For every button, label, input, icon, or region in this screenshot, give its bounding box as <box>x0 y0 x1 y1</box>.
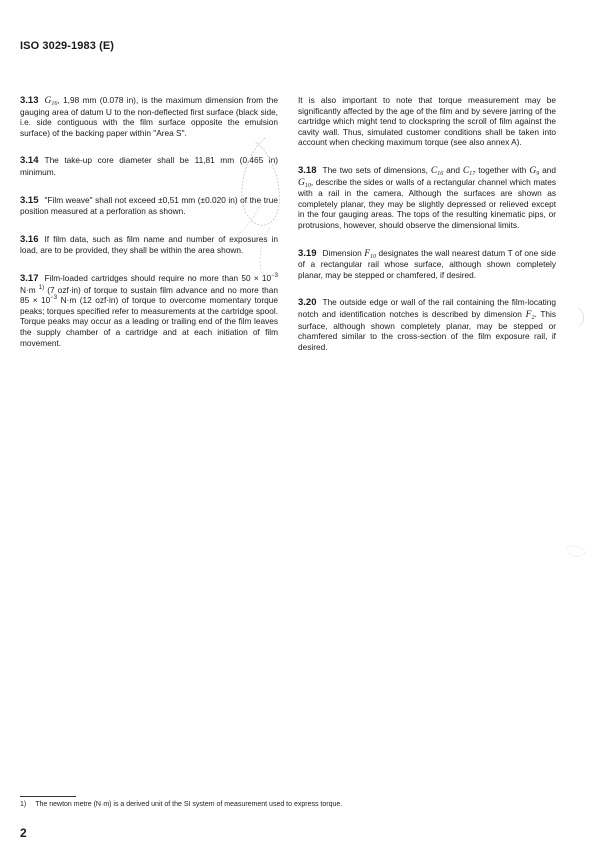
clause-number: 3.20 <box>298 297 317 308</box>
clause-number: 3.18 <box>298 165 317 176</box>
left-column: 3.13G16, 1,98 mm (0.078 in), is the maxi… <box>20 95 278 365</box>
clause-number: 3.15 <box>20 195 39 206</box>
clause-text: Film-loaded cartridges should require no… <box>45 273 272 283</box>
dimension-symbol: G10 <box>298 178 311 188</box>
clause-text: , 1,98 mm (0.078 in), is the maximum dim… <box>20 95 278 138</box>
dimension-symbol: F10 <box>364 249 376 259</box>
superscript: −3 <box>271 273 278 279</box>
clause-text: "Film weave" shall not exceed ±0,51 mm (… <box>20 195 278 217</box>
footnote-marker: 1) <box>20 801 26 808</box>
clause-3-18: 3.18The two sets of dimensions, C16 and … <box>298 165 556 231</box>
clause-text: The outside edge or wall of the rail con… <box>298 297 556 319</box>
clause-3-13: 3.13G16, 1,98 mm (0.078 in), is the maxi… <box>20 95 278 138</box>
clause-3-16: 3.16If film data, such as film name and … <box>20 234 278 256</box>
clause-3-17: 3.17Film-loaded cartridges should requir… <box>20 273 278 348</box>
clause-number: 3.14 <box>20 155 39 166</box>
clause-continuation: It is also important to note that torque… <box>298 95 556 148</box>
clause-text: The two sets of dimensions, <box>323 165 431 175</box>
clause-3-14: 3.14The take-up core diameter shall be 1… <box>20 155 278 177</box>
clause-3-19: 3.19Dimension F10 designates the wall ne… <box>298 248 556 281</box>
dimension-symbol: C16 <box>431 166 443 176</box>
clause-text: and <box>539 165 556 175</box>
clause-text: together with <box>475 165 529 175</box>
clause-text: N·m <box>20 285 39 295</box>
document-header: ISO 3029-1983 (E) <box>20 40 114 52</box>
dimension-symbol: G9 <box>529 166 539 176</box>
footnote-rule <box>20 796 76 797</box>
clause-text: N·m (12 ozf·in) of torque to overcome mo… <box>20 295 278 347</box>
footnote: 1)The newton metre (N·m) is a derived un… <box>20 801 342 808</box>
page-number: 2 <box>20 826 27 840</box>
clause-text: and <box>443 165 463 175</box>
clause-text: The take-up core diameter shall be 11,81… <box>20 155 278 177</box>
clause-3-15: 3.15"Film weave" shall not exceed ±0,51 … <box>20 195 278 217</box>
clause-text: If film data, such as film name and numb… <box>20 234 278 256</box>
footnote-text: The newton metre (N·m) is a derived unit… <box>35 801 342 808</box>
clause-text: It is also important to note that torque… <box>298 95 556 147</box>
dimension-symbol: G16 <box>45 96 58 106</box>
clause-number: 3.16 <box>20 234 39 245</box>
clause-text: , describe the sides or walls of a recta… <box>298 177 556 230</box>
clause-number: 3.13 <box>20 95 39 106</box>
clause-number: 3.17 <box>20 273 39 284</box>
clause-text: Dimension <box>323 248 365 258</box>
dimension-symbol: C17 <box>463 166 475 176</box>
clause-number: 3.19 <box>298 248 317 259</box>
clause-3-20: 3.20The outside edge or wall of the rail… <box>298 297 556 352</box>
right-column: It is also important to note that torque… <box>298 95 556 369</box>
